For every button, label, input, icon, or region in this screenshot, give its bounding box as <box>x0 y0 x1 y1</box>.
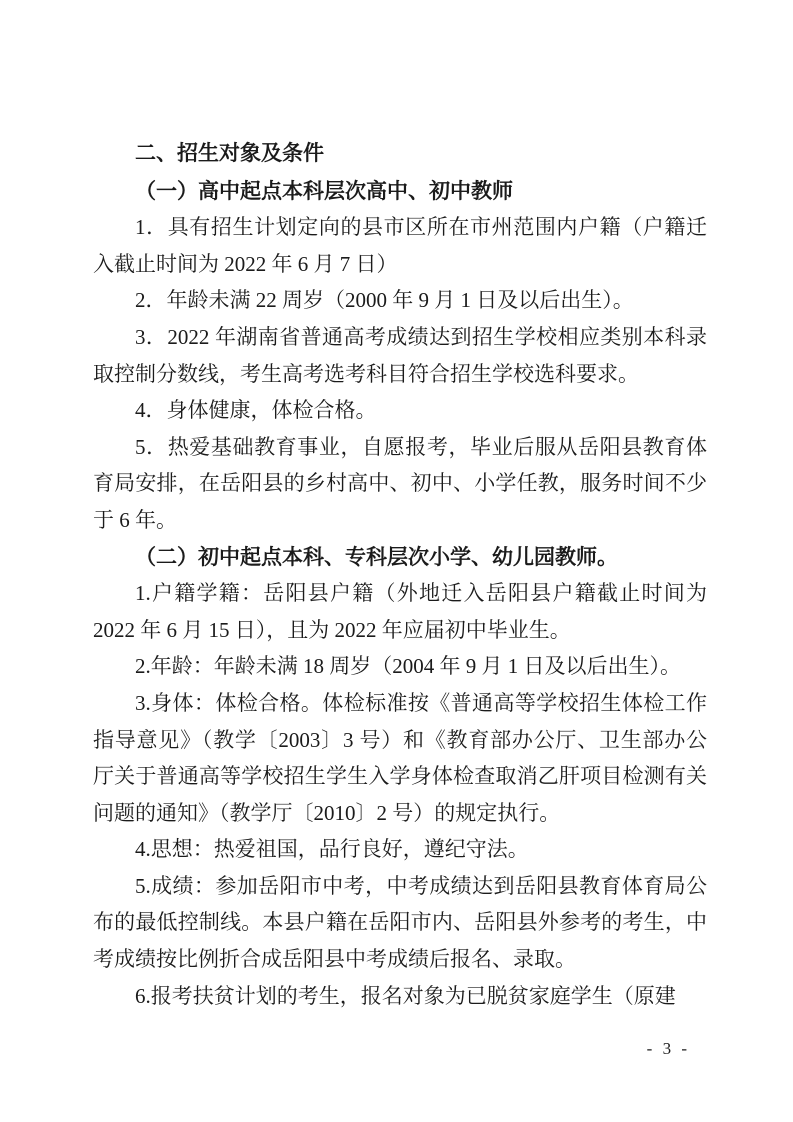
subsection-1-item-1: 1．具有招生计划定向的县市区所在市州范围内户籍（户籍迁入截止时间为 2022 年… <box>93 209 707 282</box>
subsection-2-item-1: 1.户籍学籍：岳阳县户籍（外地迁入岳阳县户籍截止时间为 2022 年 6 月 1… <box>93 575 707 648</box>
subsection-2-item-4: 4.思想：热爱祖国，品行良好，遵纪守法。 <box>93 831 707 868</box>
subsection-1-heading: （一）高中起点本科层次高中、初中教师 <box>93 173 707 210</box>
subsection-2-item-3: 3.身体：体检合格。体检标准按《普通高等学校招生体检工作指导意见》（教学〔200… <box>93 685 707 831</box>
document-page: 二、招生对象及条件 （一）高中起点本科层次高中、初中教师 1．具有招生计划定向的… <box>0 0 793 1122</box>
subsection-1-item-3: 3．2022 年湖南省普通高考成绩达到招生学校相应类别本科录取控制分数线，考生高… <box>93 319 707 392</box>
subsection-2-item-2: 2.年龄：年龄未满 18 周岁（2004 年 9 月 1 日及以后出生）。 <box>93 648 707 685</box>
subsection-1-item-5: 5．热爱基础教育事业，自愿报考，毕业后服从岳阳县教育体育局安排，在岳阳县的乡村高… <box>93 429 707 539</box>
subsection-2-heading: （二）初中起点本科、专科层次小学、幼儿园教师。 <box>93 539 707 576</box>
subsection-2-item-6: 6.报考扶贫计划的考生，报名对象为已脱贫家庭学生（原建 <box>93 978 707 1015</box>
page-number: - 3 - <box>647 1038 690 1060</box>
subsection-1-item-4: 4．身体健康，体检合格。 <box>93 392 707 429</box>
subsection-2-item-5: 5.成绩：参加岳阳市中考，中考成绩达到岳阳县教育体育局公布的最低控制线。本县户籍… <box>93 868 707 978</box>
section-heading: 二、招生对象及条件 <box>93 136 707 173</box>
subsection-1-item-2: 2．年龄未满 22 周岁（2000 年 9 月 1 日及以后出生）。 <box>93 282 707 319</box>
document-content: 二、招生对象及条件 （一）高中起点本科层次高中、初中教师 1．具有招生计划定向的… <box>93 136 707 1014</box>
